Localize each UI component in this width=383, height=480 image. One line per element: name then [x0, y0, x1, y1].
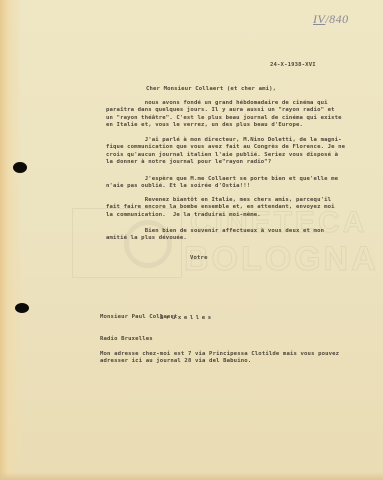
letter-paragraph-4: Revenez biantôt en Italie, mes chers ami…: [106, 197, 335, 219]
addressee-organization: Radio Bruxelles: [100, 336, 177, 343]
archive-reference-number: /840: [325, 12, 348, 26]
addressee-block: Monsieur Paul Collaert Radio Bruxelles: [100, 299, 177, 358]
watermark-text-line2: BOLOGNA: [184, 242, 379, 276]
punch-hole-lower: [15, 303, 29, 313]
letter-paragraph-1: nous avons fondé un grand hébdomadaire d…: [106, 100, 342, 130]
letter-paragraph-3: J'espère que M.me Collaert se porte bien…: [106, 176, 338, 191]
footer-address-note: Mon adresse chez-moi est 7 via Principes…: [100, 351, 339, 366]
archive-reference: IV/840: [313, 12, 349, 27]
letter-page: IV/840 CINETECA BOLOGNA 24-X-1938-XVI Ch…: [0, 0, 383, 480]
punch-hole-upper: [13, 162, 27, 173]
letter-date: 24-X-1938-XVI: [270, 62, 316, 69]
letter-paragraph-5: Bien bien de souvenir affectueux à vous …: [106, 228, 324, 243]
letter-closing: Votre: [190, 255, 208, 262]
letter-paragraph-2: J'ai parlé à mon directeur, M.Nino Dolet…: [106, 137, 345, 167]
archive-reference-prefix: IV: [313, 12, 325, 26]
letter-salutation: Cher Monsieur Collaert (et cher ami),: [146, 86, 276, 93]
addressee-city: Bruxelles: [160, 315, 214, 322]
